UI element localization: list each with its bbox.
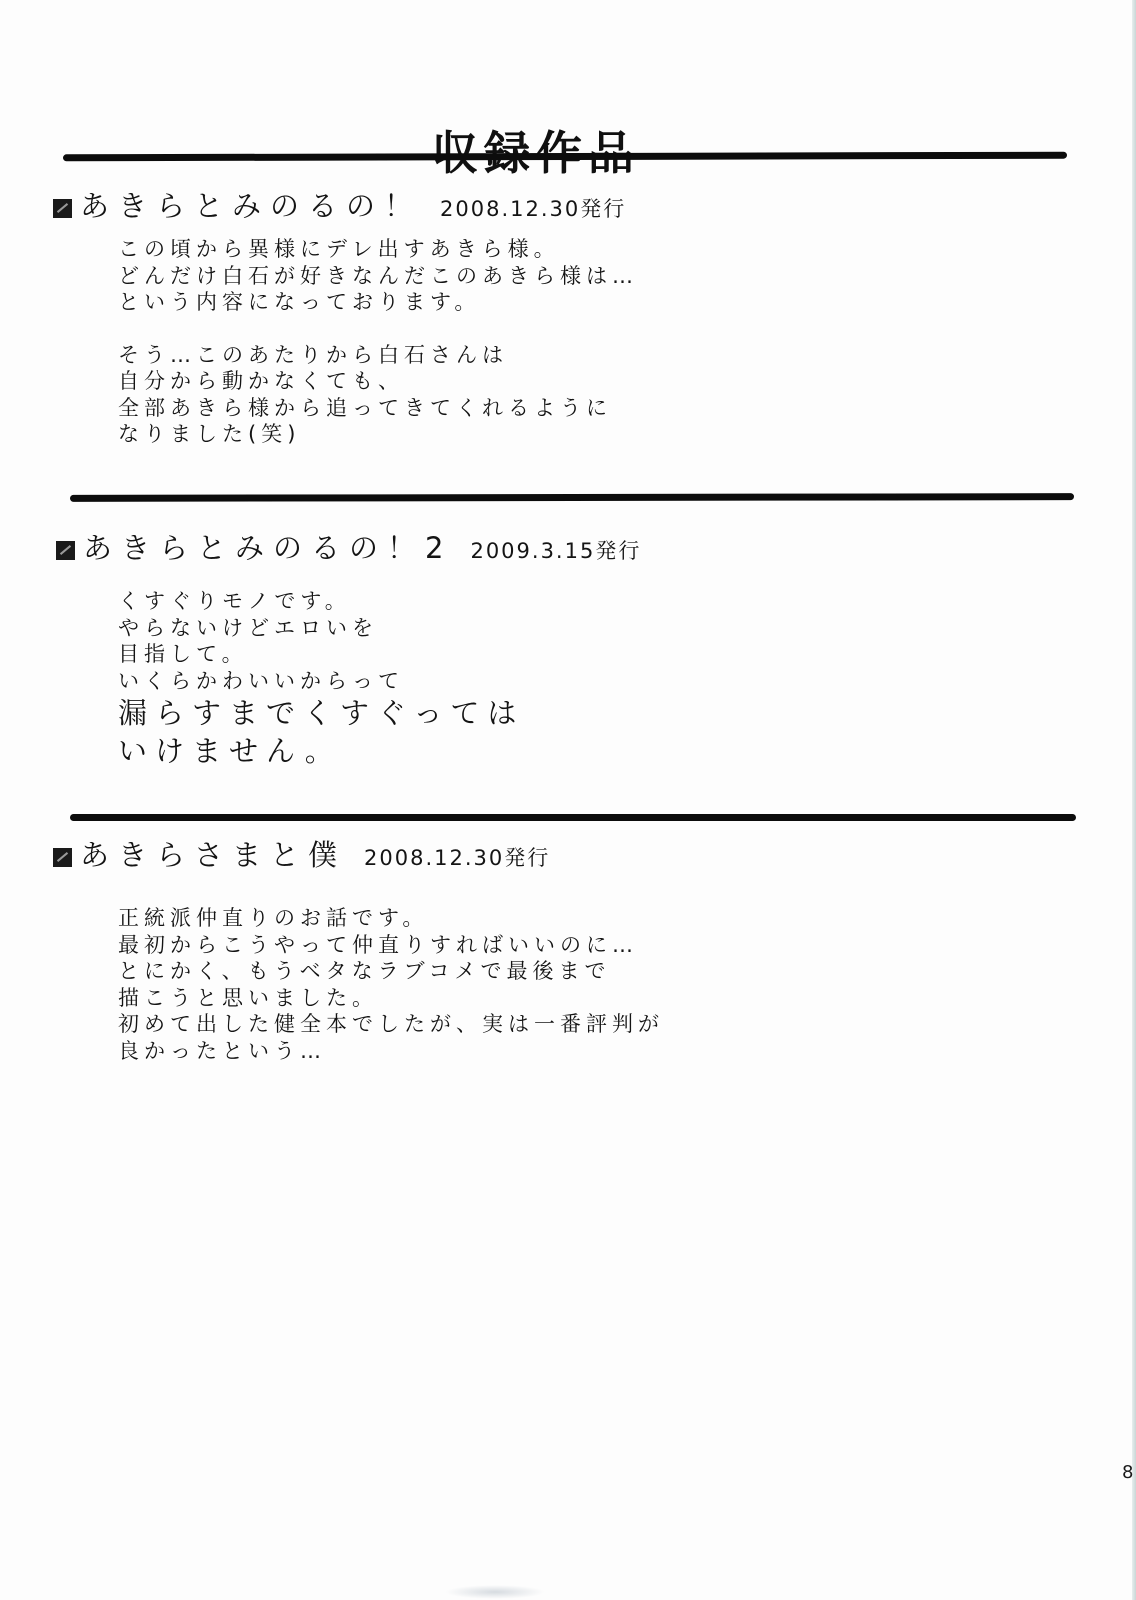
divider-rule [70,814,1076,821]
description-line: いくらかわいいからって [118,668,524,695]
work-description-1: この頃から異様にデレ出すあきら様。 どんだけ白石が好きなんだこのあきら様は… と… [118,236,638,448]
description-line: という内容になっております。 [118,289,638,316]
work-date: 2009.3.15発行 [470,535,641,565]
work-description-2: くすぐりモノです。 やらないけどエロいを 目指して。 いくらかわいいからって 漏… [118,588,524,770]
mark-icon [56,541,75,560]
description-line: 全部あきら様から追ってきてくれるように [118,395,638,422]
work-header-2: あきらとみのるの！2 2009.3.15発行 [56,526,641,567]
description-line: 最初からこうやって仲直りすればいいのに… [118,932,664,959]
description-line: 目指して。 [118,641,524,668]
paragraph-gap [118,316,638,342]
page-number: 8 [1122,1462,1133,1483]
description-line: とにかく、もうベタなラブコメで最後まで [118,958,664,985]
work-description-3: 正統派仲直りのお話です。 最初からこうやって仲直りすればいいのに… とにかく、も… [118,905,664,1064]
work-date: 2008.12.30発行 [364,842,550,872]
page-edge [1132,0,1136,1600]
mark-icon [53,199,72,218]
emphasis-line: 漏らすまでくすぐっては [118,694,524,732]
description-line: どんだけ白石が好きなんだこのあきら様は… [118,263,638,290]
emphasis-line: いけません。 [118,732,524,770]
description-line: そう…このあたりから白石さんは [118,342,638,369]
description-line: 初めて出した健全本でしたが、実は一番評判が [118,1011,664,1038]
work-title: あきらさまと僕 [80,833,346,874]
description-line: 描こうと思いました。 [118,985,664,1012]
work-date: 2008.12.30発行 [440,193,626,223]
work-title: あきらとみのるの！ [80,184,422,225]
divider-rule [70,493,1074,502]
description-line: 良かったという… [118,1038,664,1065]
description-line: くすぐりモノです。 [118,588,524,615]
work-title: あきらとみのるの！2 [83,526,452,567]
work-header-3: あきらさまと僕 2008.12.30発行 [53,833,550,874]
mark-icon [53,848,72,867]
work-header-1: あきらとみのるの！ 2008.12.30発行 [53,184,626,225]
description-line: なりました(笑) [118,421,638,448]
description-line: 正統派仲直りのお話です。 [118,905,664,932]
page-title: 収録作品 [0,117,1072,183]
description-line: やらないけどエロいを [118,615,524,642]
scan-artifact [445,1585,545,1599]
description-line: 自分から動かなくても、 [118,368,638,395]
description-line: この頃から異様にデレ出すあきら様。 [118,236,638,263]
